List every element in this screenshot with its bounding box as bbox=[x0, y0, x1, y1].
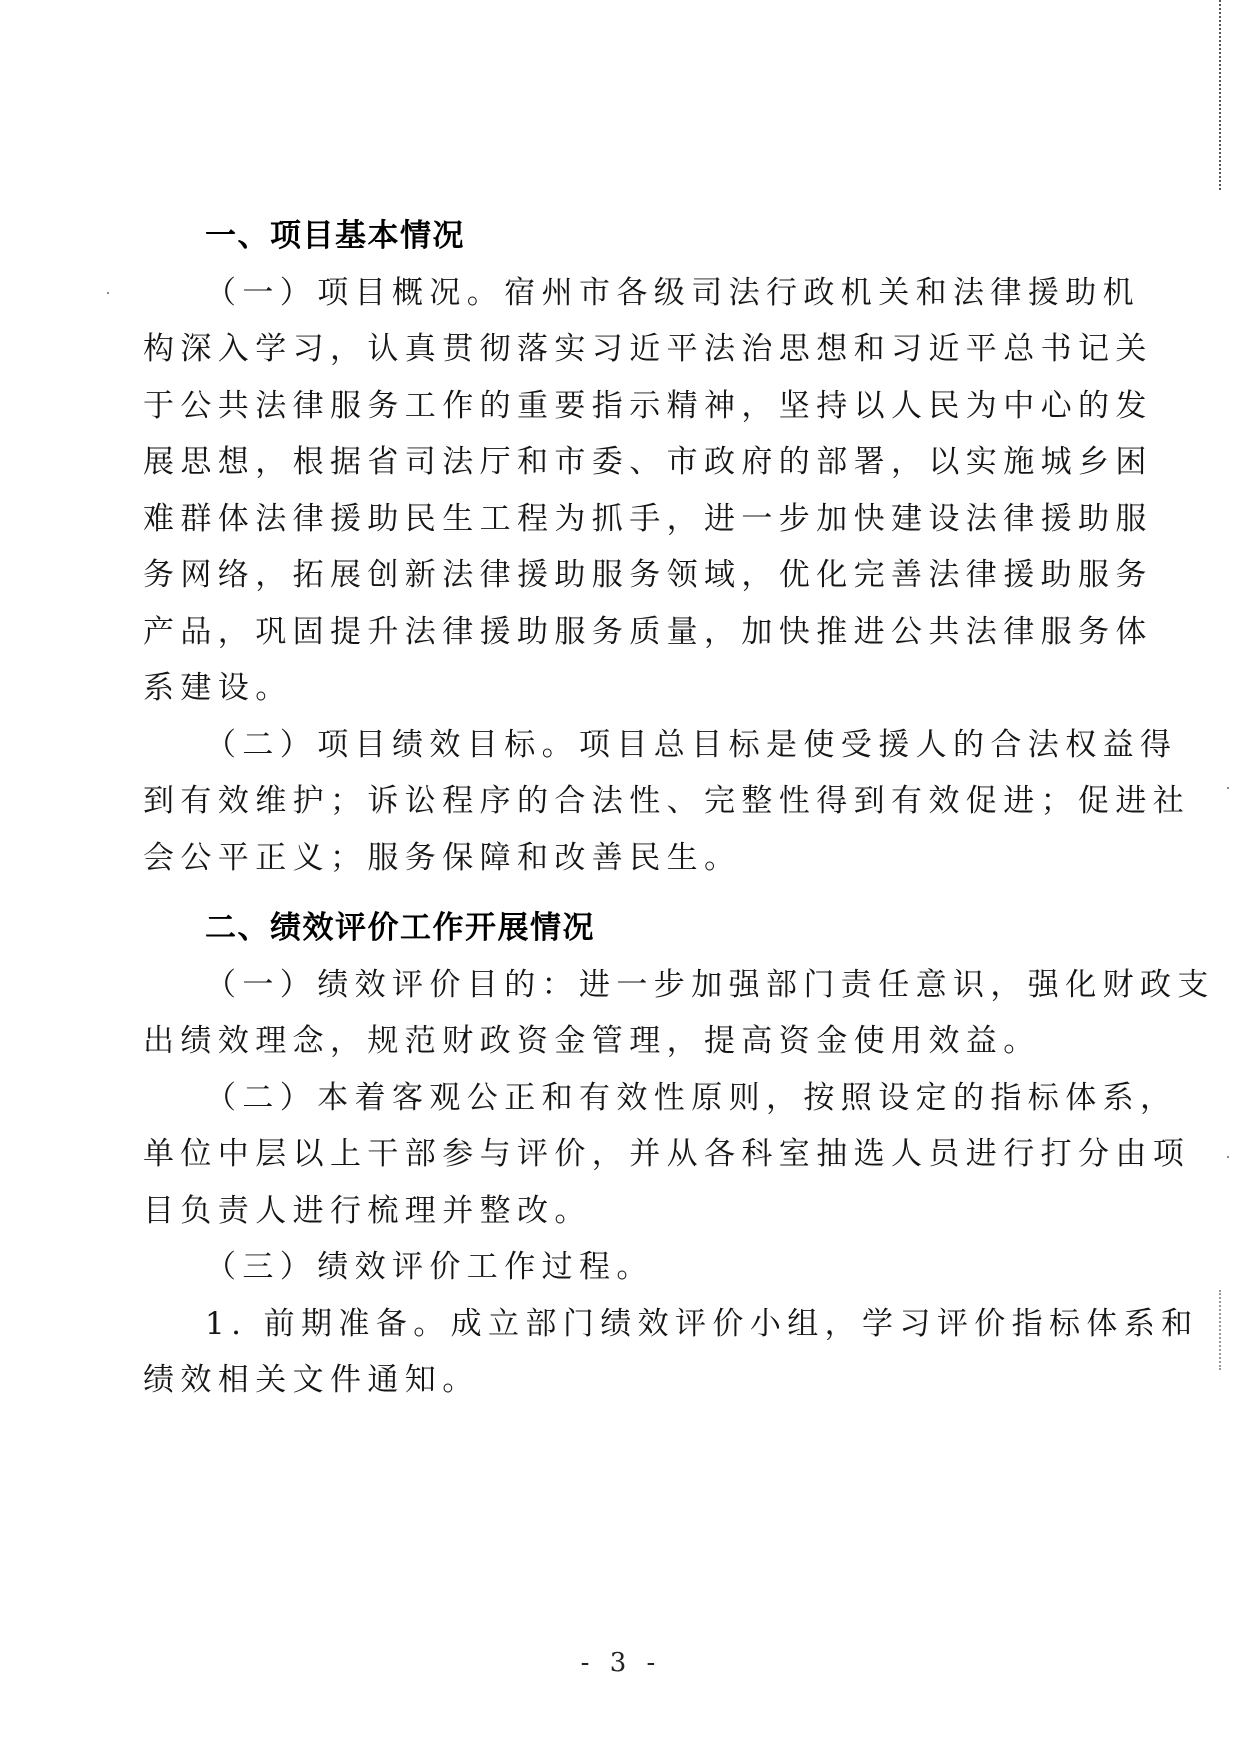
text-line: （一）绩效评价目的：进一步加强部门责任意识，强化财政支 bbox=[143, 957, 1003, 1014]
text-line: 到有效维护；诉讼程序的合法性、完整性得到有效促进；促进社 bbox=[143, 773, 1003, 830]
text-line: 展思想，根据省司法厅和市委、市政府的部署，以实施城乡困 bbox=[143, 434, 1003, 491]
text-line: 务网络，拓展创新法律援助服务领域，优化完善法律援助服务 bbox=[143, 547, 1003, 604]
page-number: - 3 - bbox=[0, 1648, 1242, 1678]
scan-edge-marks bbox=[1219, 1290, 1221, 1370]
text-line: 系建设。 bbox=[143, 660, 1003, 717]
scan-speck bbox=[107, 292, 109, 294]
text-line: 绩效相关文件通知。 bbox=[143, 1352, 1003, 1409]
section-heading-1: 一、项目基本情况 bbox=[143, 208, 1003, 265]
scan-speck bbox=[1227, 787, 1229, 789]
paragraph-preparation: 1. 前期准备。成立部门绩效评价小组，学习评价指标体系和 绩效相关文件通知。 bbox=[143, 1296, 1003, 1409]
section-heading-2: 二、绩效评价工作开展情况 bbox=[143, 900, 1003, 957]
paragraph-evaluation-principle: （二）本着客观公正和有效性原则，按照设定的指标体系， 单位中层以上干部参与评价，… bbox=[143, 1070, 1003, 1240]
scan-speck bbox=[1227, 1156, 1229, 1158]
text-line: 于公共法律服务工作的重要指示精神，坚持以人民为中心的发 bbox=[143, 378, 1003, 435]
paragraph-evaluation-process: （三）绩效评价工作过程。 bbox=[143, 1239, 1003, 1296]
text-line: （二）项目绩效目标。项目总目标是使受援人的合法权益得 bbox=[143, 717, 1003, 774]
text-line: 出绩效理念，规范财政资金管理，提高资金使用效益。 bbox=[143, 1013, 1003, 1070]
scan-edge-marks bbox=[1219, 0, 1221, 190]
document-page: 一、项目基本情况 （一）项目概况。宿州市各级司法行政机关和法律援助机 构深入学习… bbox=[0, 0, 1242, 1754]
text-line: （一）项目概况。宿州市各级司法行政机关和法律援助机 bbox=[143, 265, 1003, 322]
text-line: （三）绩效评价工作过程。 bbox=[143, 1239, 1003, 1296]
text-line: （二）本着客观公正和有效性原则，按照设定的指标体系， bbox=[143, 1070, 1003, 1127]
text-line: 1. 前期准备。成立部门绩效评价小组，学习评价指标体系和 bbox=[143, 1296, 1003, 1353]
paragraph-performance-goals: （二）项目绩效目标。项目总目标是使受援人的合法权益得 到有效维护；诉讼程序的合法… bbox=[143, 717, 1003, 887]
paragraph-project-overview: （一）项目概况。宿州市各级司法行政机关和法律援助机 构深入学习，认真贯彻落实习近… bbox=[143, 265, 1003, 717]
text-line: 产品，巩固提升法律援助服务质量，加快推进公共法律服务体 bbox=[143, 604, 1003, 661]
text-line: 难群体法律援助民生工程为抓手，进一步加快建设法律援助服 bbox=[143, 491, 1003, 548]
document-body: 一、项目基本情况 （一）项目概况。宿州市各级司法行政机关和法律援助机 构深入学习… bbox=[143, 208, 1003, 1409]
text-line: 目负责人进行梳理并整改。 bbox=[143, 1183, 1003, 1240]
paragraph-evaluation-purpose: （一）绩效评价目的：进一步加强部门责任意识，强化财政支 出绩效理念，规范财政资金… bbox=[143, 957, 1003, 1070]
text-line: 会公平正义；服务保障和改善民生。 bbox=[143, 830, 1003, 887]
section-spacer bbox=[143, 886, 1003, 900]
text-line: 构深入学习，认真贯彻落实习近平法治思想和习近平总书记关 bbox=[143, 321, 1003, 378]
text-line: 单位中层以上干部参与评价，并从各科室抽选人员进行打分由项 bbox=[143, 1126, 1003, 1183]
